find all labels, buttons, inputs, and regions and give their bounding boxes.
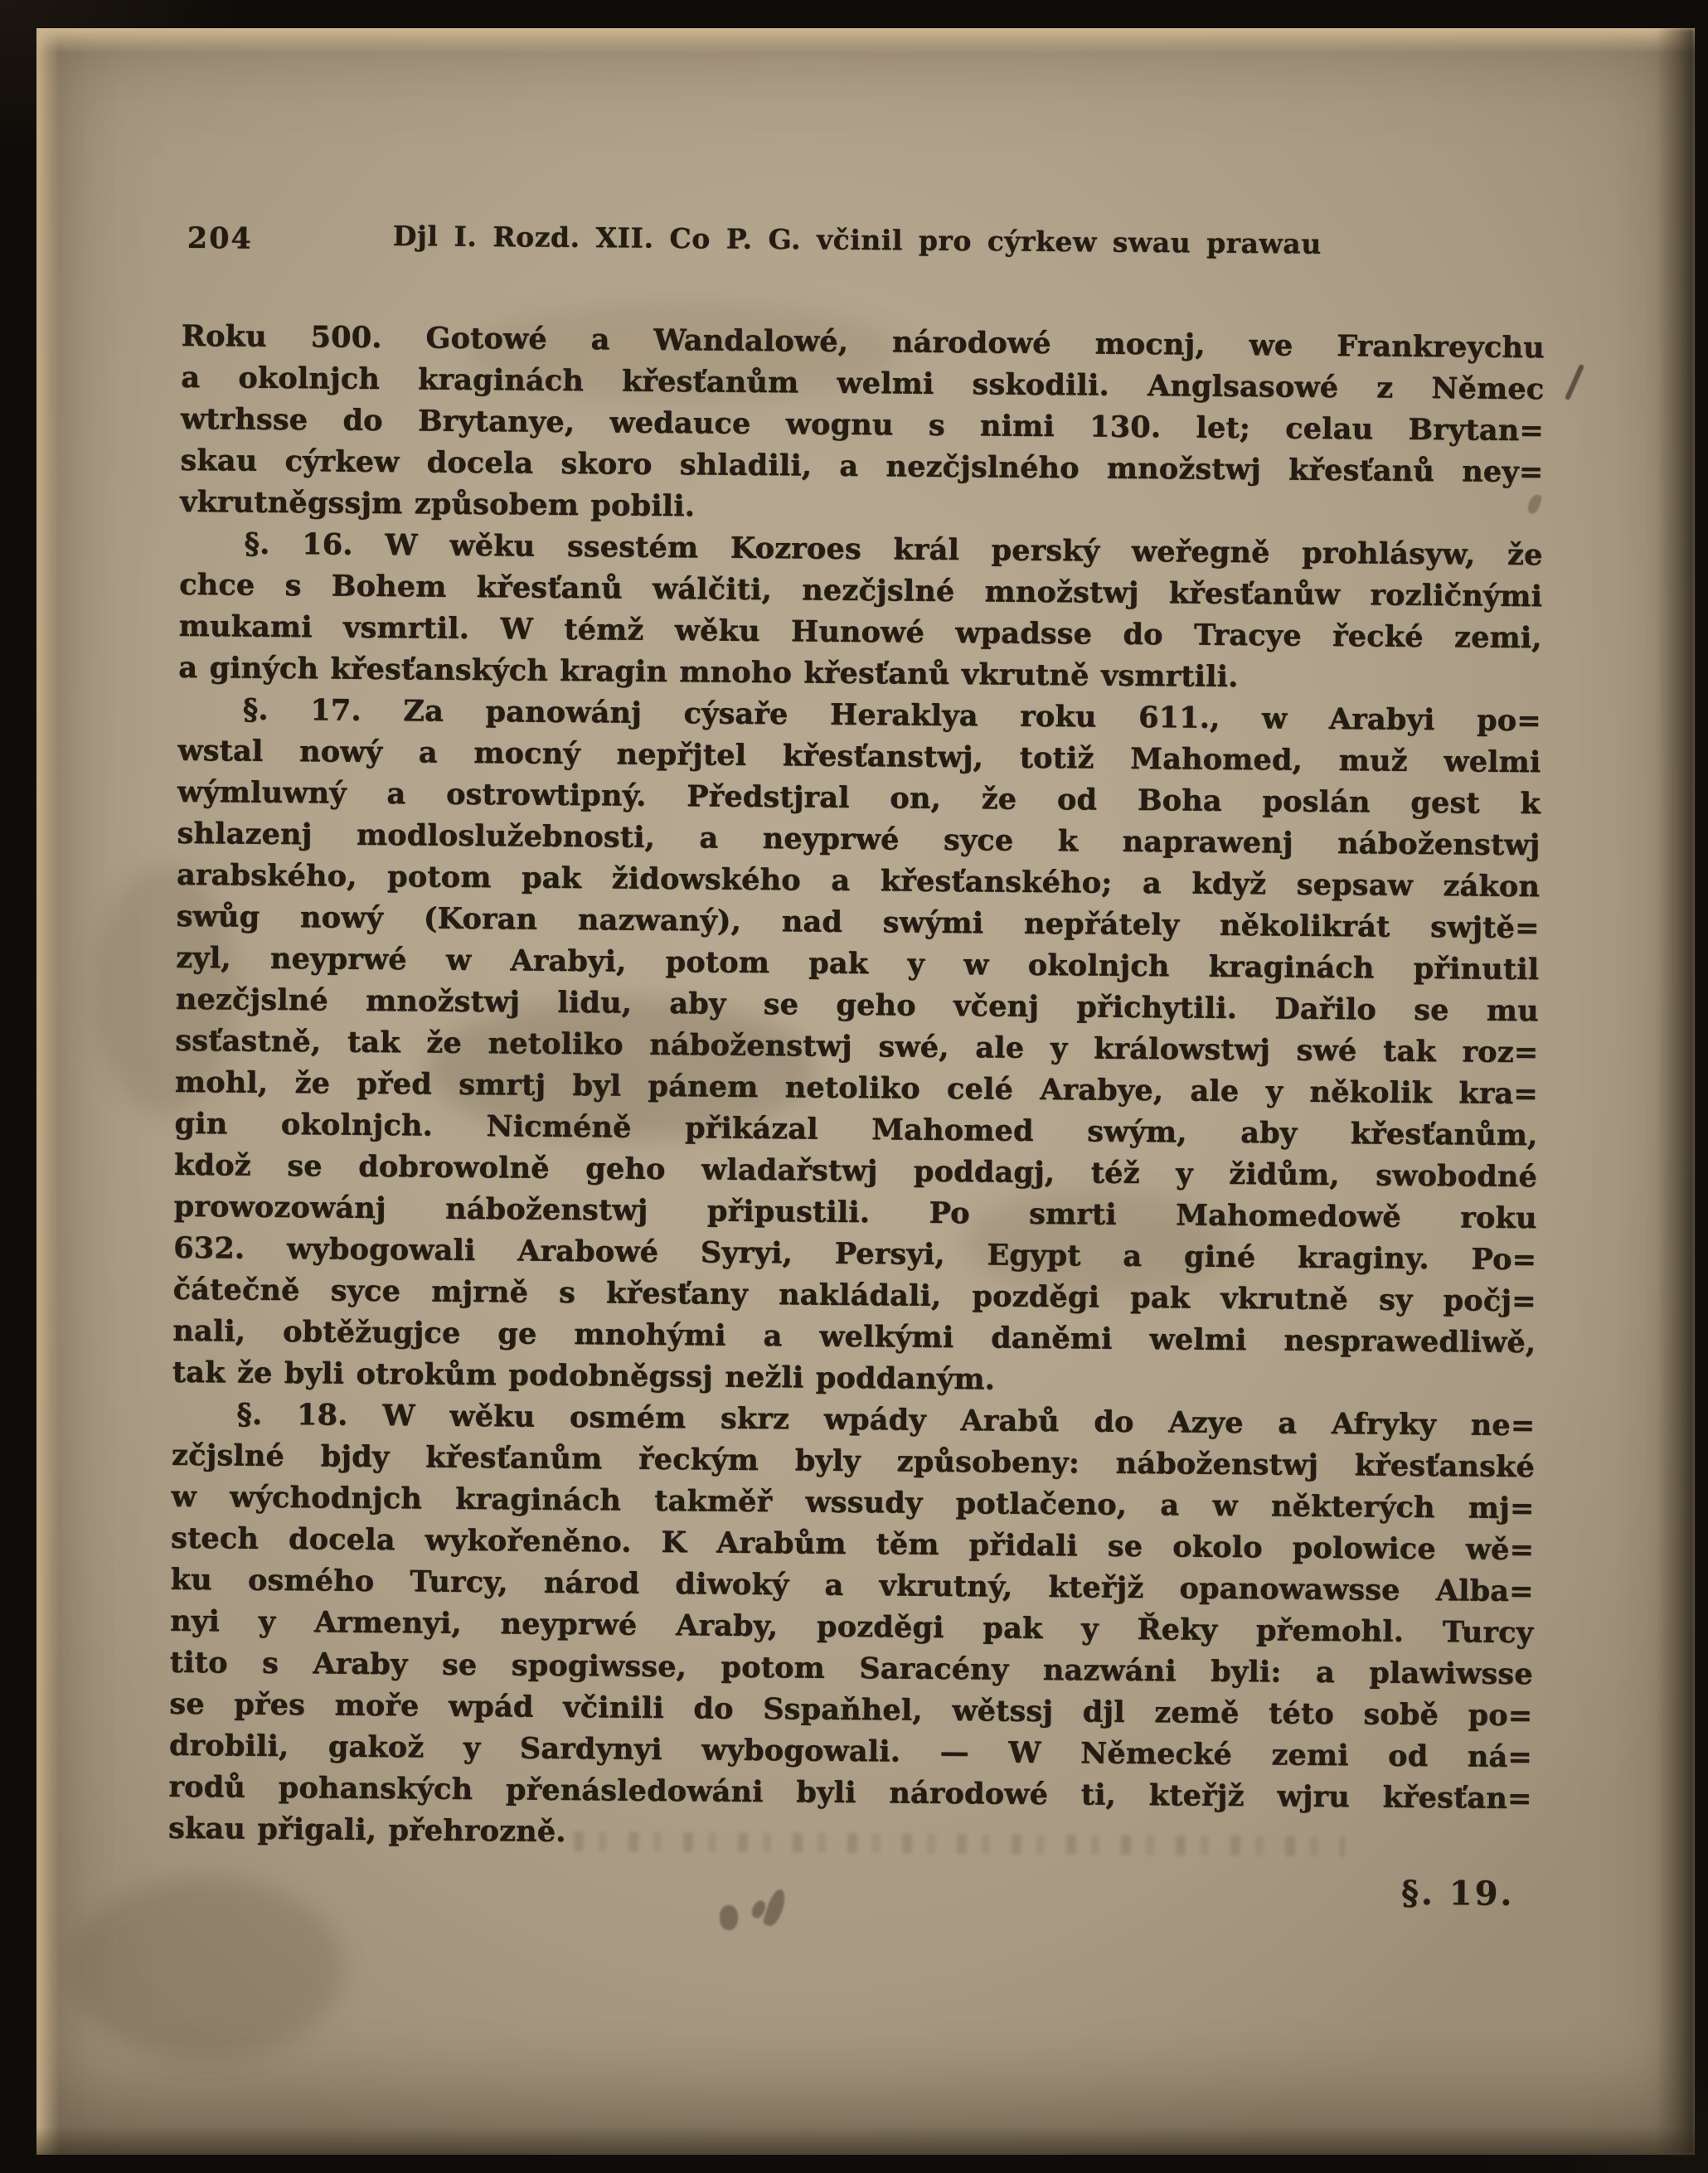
page-bottom-shadow — [36, 2127, 1695, 2155]
paragraph: §. 17. Za panowánj cýsaře Heraklya roku … — [172, 689, 1541, 1405]
paragraph: §. 18. W wěku osmém skrz wpády Arabů do … — [168, 1394, 1536, 1861]
page-edge-highlight-top — [36, 28, 1695, 53]
text-block: 204 Djl I. Rozd. XII. Co P. G. včinil pr… — [167, 218, 1545, 1939]
page-footer: §. 19. — [167, 1861, 1531, 1939]
paragraph: Roku 500. Gotowé a Wandalowé, národowé m… — [180, 316, 1545, 535]
scanned-book-page: 204 Djl I. Rozd. XII. Co P. G. včinil pr… — [0, 0, 1708, 2173]
page-edge-highlight-left — [36, 28, 60, 2155]
body-text: Roku 500. Gotowé a Wandalowé, národowé m… — [168, 316, 1545, 1861]
stray-ink-mark — [1565, 364, 1584, 400]
catchword: §. 19. — [1401, 1874, 1515, 1914]
book-page-paper: 204 Djl I. Rozd. XII. Co P. G. včinil pr… — [36, 28, 1695, 2155]
page-header: 204 Djl I. Rozd. XII. Co P. G. včinil pr… — [182, 218, 1545, 269]
running-header: Djl I. Rozd. XII. Co P. G. včinil pro cý… — [176, 218, 1539, 262]
page-fold-shadow — [1657, 28, 1695, 2155]
paragraph: §. 16. W wěku ssestém Kozroes král persk… — [178, 523, 1543, 701]
